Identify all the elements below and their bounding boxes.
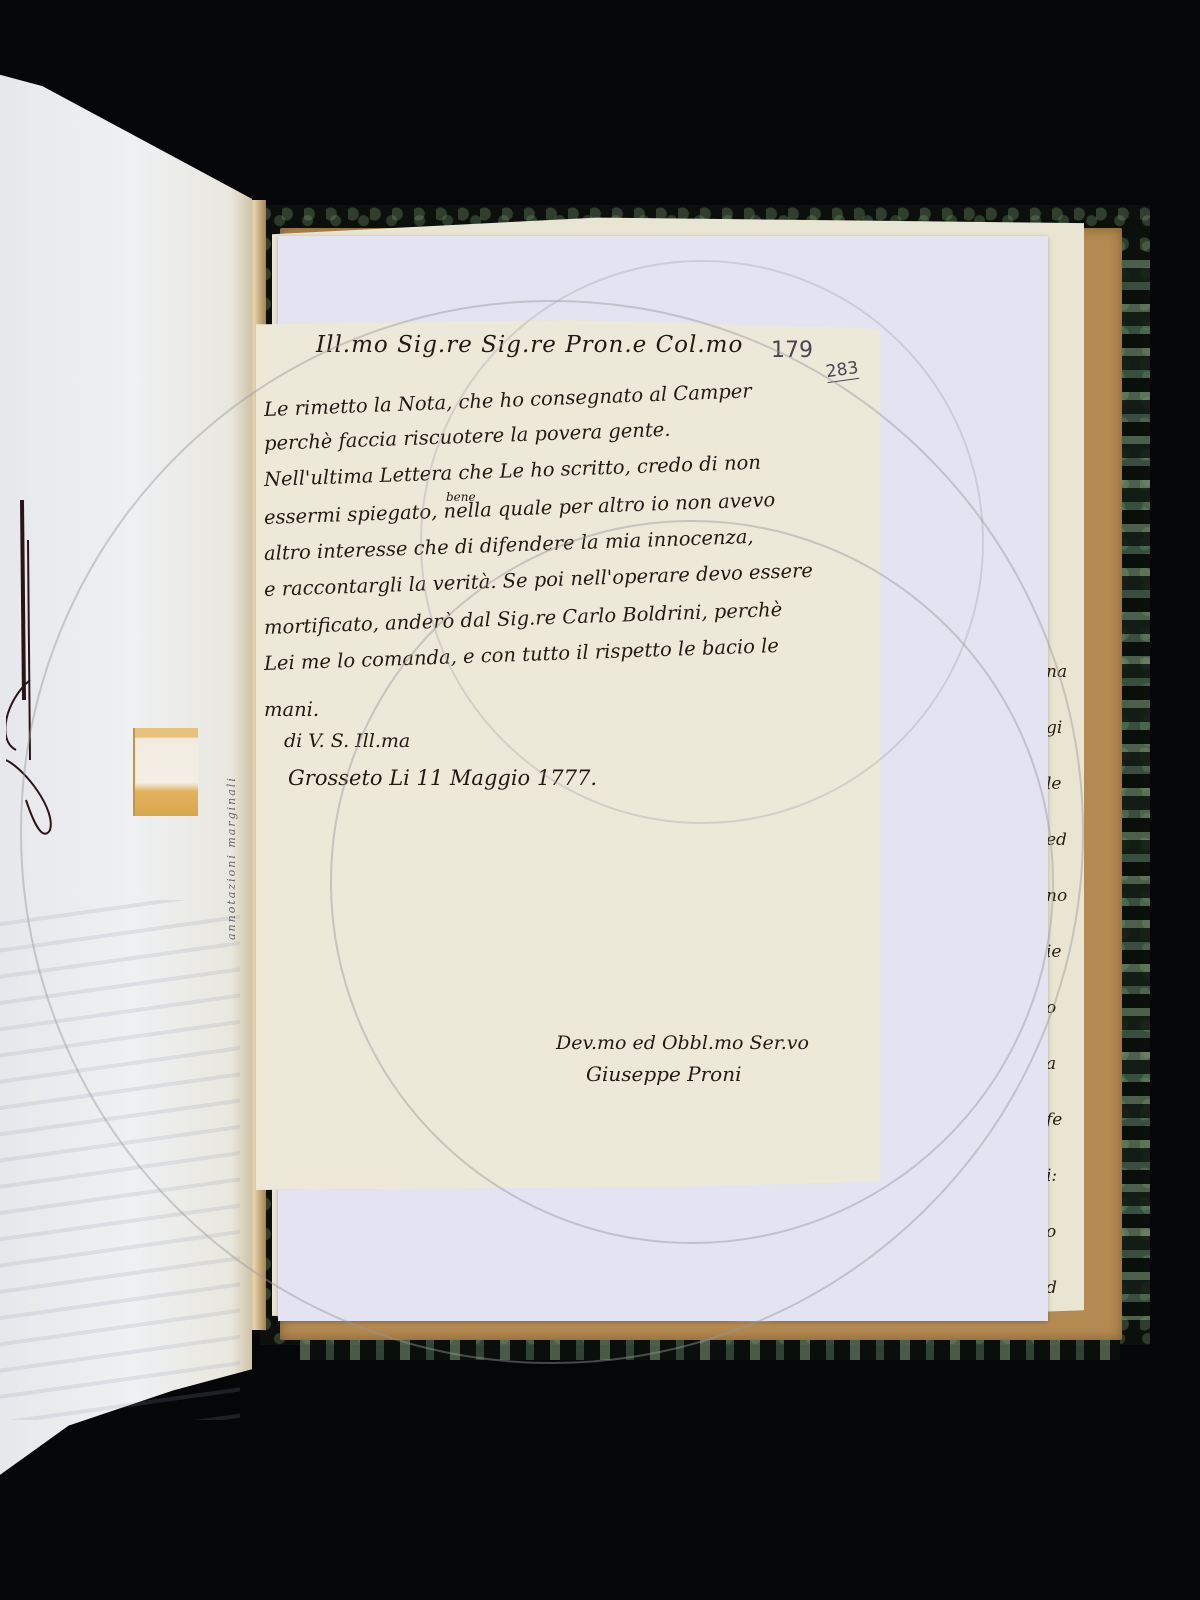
margin-fragment: i:	[1046, 1166, 1076, 1186]
letter-salutation: Ill.mo Sig.re Sig.re Pron.e Col.mo	[316, 332, 743, 358]
margin-fragment: o	[1046, 998, 1076, 1018]
folio-number-primary: 179	[771, 338, 813, 363]
underlying-page-margin-text: na gi le ed no ie o a fe i: o d - f - e	[1046, 662, 1076, 1522]
marbled-board-edge-bottom	[300, 1338, 1120, 1360]
closing-formula: di V. S. Ill.ma	[284, 730, 410, 752]
margin-fragment: fe	[1046, 1110, 1076, 1130]
letter-body-line: altro interesse che di difendere la mia …	[264, 525, 754, 565]
margin-fragment: e	[1046, 1502, 1076, 1522]
letter-body-line: mani.	[264, 698, 319, 721]
letter-body-line: essermi spiegato, nella quale per altro …	[264, 488, 776, 529]
margin-fragment: na	[1046, 662, 1076, 682]
margin-fragment: ed	[1046, 830, 1076, 850]
letter-body-line: Le rimetto la Nota, che ho consegnato al…	[264, 379, 753, 421]
letter-body-line: Lei me lo comanda, e con tutto il rispet…	[264, 634, 780, 675]
margin-fragment: d	[1046, 1278, 1076, 1298]
letter-body-line: Nell'ultima Lettera che Le ho scritto, c…	[264, 451, 762, 491]
place-and-date: Grosseto Li 11 Maggio 1777.	[288, 766, 597, 790]
letter-body-line: perchè faccia riscuotere la povera gente…	[264, 418, 671, 455]
ink-flourish-icon	[6, 500, 66, 840]
margin-fragment: -	[1046, 1446, 1076, 1466]
sign-off-formula: Dev.mo ed Obbl.mo Ser.vo	[556, 1032, 809, 1054]
letter-body-line: mortificato, anderò dal Sig.re Carlo Bol…	[264, 598, 783, 639]
margin-fragment: ie	[1046, 942, 1076, 962]
margin-fragment: f	[1046, 1390, 1076, 1410]
tape-residue-stain	[133, 728, 198, 816]
signature: Giuseppe Proni	[586, 1062, 742, 1086]
marbled-board-edge-right	[1120, 260, 1150, 1320]
margin-fragment: no	[1046, 886, 1076, 906]
manuscript-letter: Ill.mo Sig.re Sig.re Pron.e Col.mo 179 2…	[256, 320, 880, 1190]
letter-body-line: e raccontargli la verità. Se poi nell'op…	[264, 559, 814, 601]
folio-number-secondary: 283	[825, 358, 860, 383]
margin-fragment: gi	[1046, 718, 1076, 738]
margin-fragment: a	[1046, 1054, 1076, 1074]
margin-fragment: o	[1046, 1222, 1076, 1242]
left-page-margin-note: annotazioni marginali	[225, 700, 247, 940]
left-page-bleedthrough	[0, 900, 240, 1420]
margin-fragment: le	[1046, 774, 1076, 794]
